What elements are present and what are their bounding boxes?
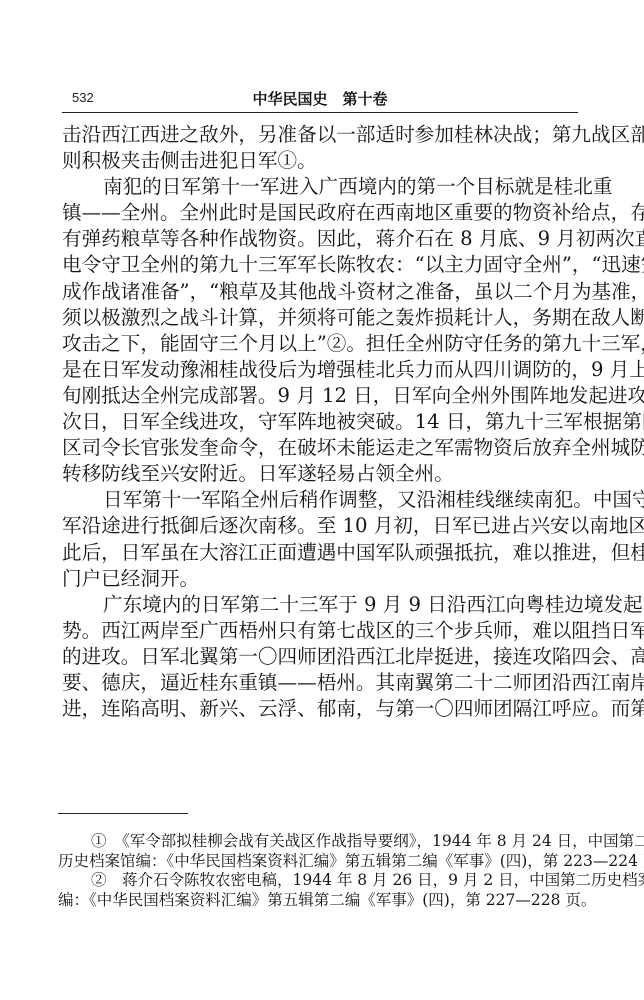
header-rule [62, 112, 578, 113]
text-line: 区司令长官张发奎命令，在破坏未能运走之军需物资后放弃全州城防， [62, 435, 578, 461]
text-line: 此后，日军虽在大溶江正面遭遇中国军队顽强抵抗，难以推进，但桂北 [62, 540, 578, 566]
book-page: 532 中华民国史 第十卷 击沿西江西进之敌外，另准备以一部适时参加桂林决战；第… [0, 0, 644, 1000]
footnote-1: ① 《军令部拟桂柳会战有关战区作战指导要纲》，1944 年 8 月 24 日，中… [58, 832, 575, 852]
text-line: 镇——全州。全州此时是国民政府在西南地区重要的物资补给点，存 [62, 200, 578, 226]
text-line: 须以极激烈之战斗计算，并须将可能之轰炸损耗计人，务期在敌人断续 [62, 305, 578, 331]
text-line: 要、德庆，逼近桂东重镇——梧州。其南翼第二十二师团沿西江南岸推 [62, 670, 578, 696]
text-line: 旬刚抵达全州完成部署。9 月 12 日，日军向全州外围阵地发起进攻。 [62, 383, 578, 409]
footnote-2-continued: 编：《中华民国档案资料汇编》第五辑第二编《军事》(四)，第 227—228 页。 [58, 891, 575, 911]
footnote-2: ② 蒋介石令陈牧农密电稿，1944 年 8 月 26 日，9 月 2 日，中国第… [58, 871, 575, 891]
text-line: 次日，日军全线进攻，守军阵地被突破。14 日，第九十三军根据第四战 [62, 409, 578, 435]
text-line: 电令守卫全州的第九十三军军长陈牧农：“以主力固守全州”，“迅速完 [62, 252, 578, 278]
text-line: 门户已经洞开。 [62, 566, 578, 592]
text-line: 成作战诸准备”，“粮草及其他战斗资材之准备，虽以二个月为基准，但 [62, 279, 578, 305]
text-line: 是在日军发动豫湘桂战役后为增强桂北兵力而从四川调防的，9 月上 [62, 357, 578, 383]
text-line: 军沿途进行抵御后逐次南移。至 10 月初，日军已进占兴安以南地区。 [62, 513, 578, 539]
book-title: 中华民国史 第十卷 [62, 88, 578, 109]
running-head: 532 中华民国史 第十卷 [62, 88, 578, 110]
text-line: 进，连陷高明、新兴、云浮、郁南，与第一〇四师团隔江呼应。而第一〇 [62, 696, 578, 722]
text-line: 则积极夹击侧击进犯日军①。 [62, 148, 578, 174]
text-line: 势。西江两岸至广西梧州只有第七战区的三个步兵师，难以阻挡日军 [62, 618, 578, 644]
paragraph-start-line: 南犯的日军第十一军进入广西境内的第一个目标就是桂北重 [62, 174, 578, 200]
text-line: 转移防线至兴安附近。日军遂轻易占领全州。 [62, 461, 578, 487]
paragraph-start-line: 广东境内的日军第二十三军于 9 月 9 日沿西江向粤桂边境发起攻 [62, 592, 578, 618]
paragraph-start-line: 日军第十一军陷全州后稍作调整，又沿湘桂线继续南犯。中国守 [62, 487, 578, 513]
text-line: 攻击之下，能固守三个月以上”②。担任全州防守任务的第九十三军， [62, 331, 578, 357]
body-text: 击沿西江西进之敌外，另准备以一部适时参加桂林决战；第九战区部队 则积极夹击侧击进… [62, 122, 578, 722]
footnote-separator [58, 813, 188, 814]
text-line: 击沿西江西进之敌外，另准备以一部适时参加桂林决战；第九战区部队 [62, 122, 578, 148]
text-line: 有弹药粮草等各种作战物资。因此，蒋介石在 8 月底、9 月初两次直接 [62, 226, 578, 252]
text-line: 的进攻。日军北翼第一〇四师团沿西江北岸挺进，接连攻陷四会、高 [62, 644, 578, 670]
footnote-1-continued: 历史档案馆编：《中华民国档案资料汇编》第五辑第二编《军事》(四)，第 223—2… [58, 852, 575, 872]
footnotes: ① 《军令部拟桂柳会战有关战区作战指导要纲》，1944 年 8 月 24 日，中… [58, 832, 575, 911]
